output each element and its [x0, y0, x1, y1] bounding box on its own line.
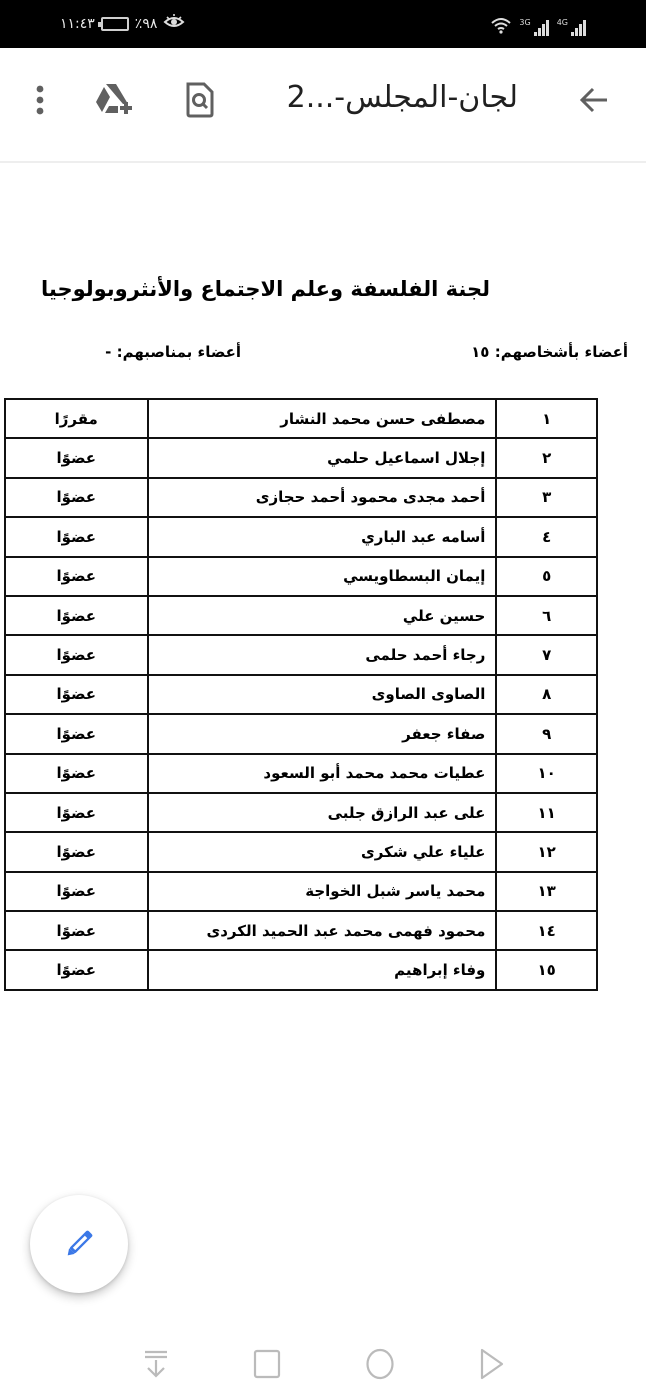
table-row: عضوًاإجلال اسماعيل حلمي٢ [5, 438, 597, 477]
member-role: عضوًا [5, 438, 148, 477]
table-row: عضوًامحمد ياسر شبل الخواجة١٣ [5, 872, 597, 911]
members-table: مقررًامصطفى حسن محمد النشار١عضوًاإجلال ا… [4, 398, 598, 991]
table-row: عضوًاصفاء جعفر٩ [5, 714, 597, 753]
member-name: رجاء أحمد حلمى [148, 635, 497, 674]
table-row: عضوًاعلياء علي شكرى١٢ [5, 832, 597, 871]
member-name: محمد ياسر شبل الخواجة [148, 872, 497, 911]
table-row: عضوًاعلى عبد الرازق جلبى١١ [5, 793, 597, 832]
members-by-person-label: أعضاء بأشخاصهم: ١٥ [471, 343, 628, 361]
notification-pulldown-button[interactable] [136, 1344, 176, 1384]
member-name: أحمد مجدى محمود أحمد حجازى [148, 478, 497, 517]
member-role: عضوًا [5, 714, 148, 753]
back-triangle-icon [479, 1348, 505, 1380]
table-row: عضوًاالصاوى الصاوى٨ [5, 675, 597, 714]
battery-percent: ٪٩٨ [135, 16, 158, 32]
eye-comfort-icon [163, 13, 185, 35]
table-row: عضوًاأسامه عبد الباري٤ [5, 517, 597, 556]
member-number: ٥ [496, 557, 597, 596]
member-number: ٤ [496, 517, 597, 556]
member-role: عضوًا [5, 635, 148, 674]
signal-3g-icon: 3G [519, 18, 548, 36]
member-number: ١١ [496, 793, 597, 832]
document-title: لجان-المجلس-...2 [287, 80, 518, 115]
add-to-drive-button[interactable] [92, 78, 136, 122]
member-role: عضوًا [5, 872, 148, 911]
table-row: عضوًاحسين علي٦ [5, 596, 597, 635]
home-circle-icon [365, 1348, 395, 1380]
member-number: ٦ [496, 596, 597, 635]
edit-fab-button[interactable] [30, 1195, 128, 1293]
member-name: أسامه عبد الباري [148, 517, 497, 556]
member-role: عضوًا [5, 950, 148, 989]
member-number: ١٤ [496, 911, 597, 950]
table-row: مقررًامصطفى حسن محمد النشار١ [5, 399, 597, 438]
member-name: الصاوى الصاوى [148, 675, 497, 714]
member-number: ١ [496, 399, 597, 438]
member-role: عضوًا [5, 675, 148, 714]
status-left-group: ١١:٤٣ ٪٩٨ [60, 12, 185, 36]
committee-heading: لجنة الفلسفة وعلم الاجتماع والأنثروبولوج… [100, 277, 490, 301]
status-bar: ١١:٤٣ ٪٩٨ 3G 4G [0, 0, 646, 48]
system-nav-bar [0, 1330, 646, 1400]
table-row: عضوًاإيمان البسطاويسي٥ [5, 557, 597, 596]
back-arrow-icon [579, 86, 609, 114]
recents-button[interactable] [247, 1344, 287, 1384]
status-right-group: 3G 4G [491, 12, 586, 36]
back-button[interactable] [572, 78, 616, 122]
member-number: ١٠ [496, 754, 597, 793]
member-number: ٣ [496, 478, 597, 517]
table-row: عضوًارجاء أحمد حلمى٧ [5, 635, 597, 674]
table-row: عضوًاأحمد مجدى محمود أحمد حجازى٣ [5, 478, 597, 517]
table-row: عضوًامحمود فهمى محمد عبد الحميد الكردى١٤ [5, 911, 597, 950]
member-name: على عبد الرازق جلبى [148, 793, 497, 832]
member-number: ١٥ [496, 950, 597, 989]
member-number: ١٢ [496, 832, 597, 871]
member-role: مقررًا [5, 399, 148, 438]
member-name: إجلال اسماعيل حلمي [148, 438, 497, 477]
member-name: صفاء جعفر [148, 714, 497, 753]
notification-pull-icon [143, 1349, 169, 1379]
member-number: ٢ [496, 438, 597, 477]
member-number: ٨ [496, 675, 597, 714]
member-name: حسين علي [148, 596, 497, 635]
battery-icon [101, 17, 129, 31]
recents-square-icon [253, 1349, 281, 1379]
wifi-icon [491, 16, 511, 36]
app-toolbar: لجان-المجلس-...2 [0, 48, 646, 163]
member-role: عضوًا [5, 517, 148, 556]
members-by-position-label: أعضاء بمناصبهم: - [105, 343, 241, 361]
clock: ١١:٤٣ [60, 16, 95, 32]
member-name: وفاء إبراهيم [148, 950, 497, 989]
member-name: إيمان البسطاويسي [148, 557, 497, 596]
member-role: عضوًا [5, 596, 148, 635]
more-options-button[interactable] [18, 78, 62, 122]
member-number: ٩ [496, 714, 597, 753]
member-role: عضوًا [5, 911, 148, 950]
home-button[interactable] [360, 1344, 400, 1384]
more-vert-icon [36, 85, 44, 115]
nav-back-button[interactable] [472, 1344, 512, 1384]
signal-4g-icon: 4G [557, 18, 586, 36]
member-name: عطيات محمد محمد أبو السعود [148, 754, 497, 793]
table-row: عضوًاعطيات محمد محمد أبو السعود١٠ [5, 754, 597, 793]
member-role: عضوًا [5, 832, 148, 871]
member-number: ١٣ [496, 872, 597, 911]
member-role: عضوًا [5, 478, 148, 517]
member-role: عضوًا [5, 754, 148, 793]
find-in-document-button[interactable] [178, 78, 222, 122]
member-name: علياء علي شكرى [148, 832, 497, 871]
document-search-icon [185, 82, 215, 118]
member-number: ٧ [496, 635, 597, 674]
drive-add-icon [94, 82, 134, 118]
member-name: محمود فهمى محمد عبد الحميد الكردى [148, 911, 497, 950]
member-role: عضوًا [5, 557, 148, 596]
pencil-icon [61, 1226, 97, 1262]
member-name: مصطفى حسن محمد النشار [148, 399, 497, 438]
table-row: عضوًاوفاء إبراهيم١٥ [5, 950, 597, 989]
member-role: عضوًا [5, 793, 148, 832]
